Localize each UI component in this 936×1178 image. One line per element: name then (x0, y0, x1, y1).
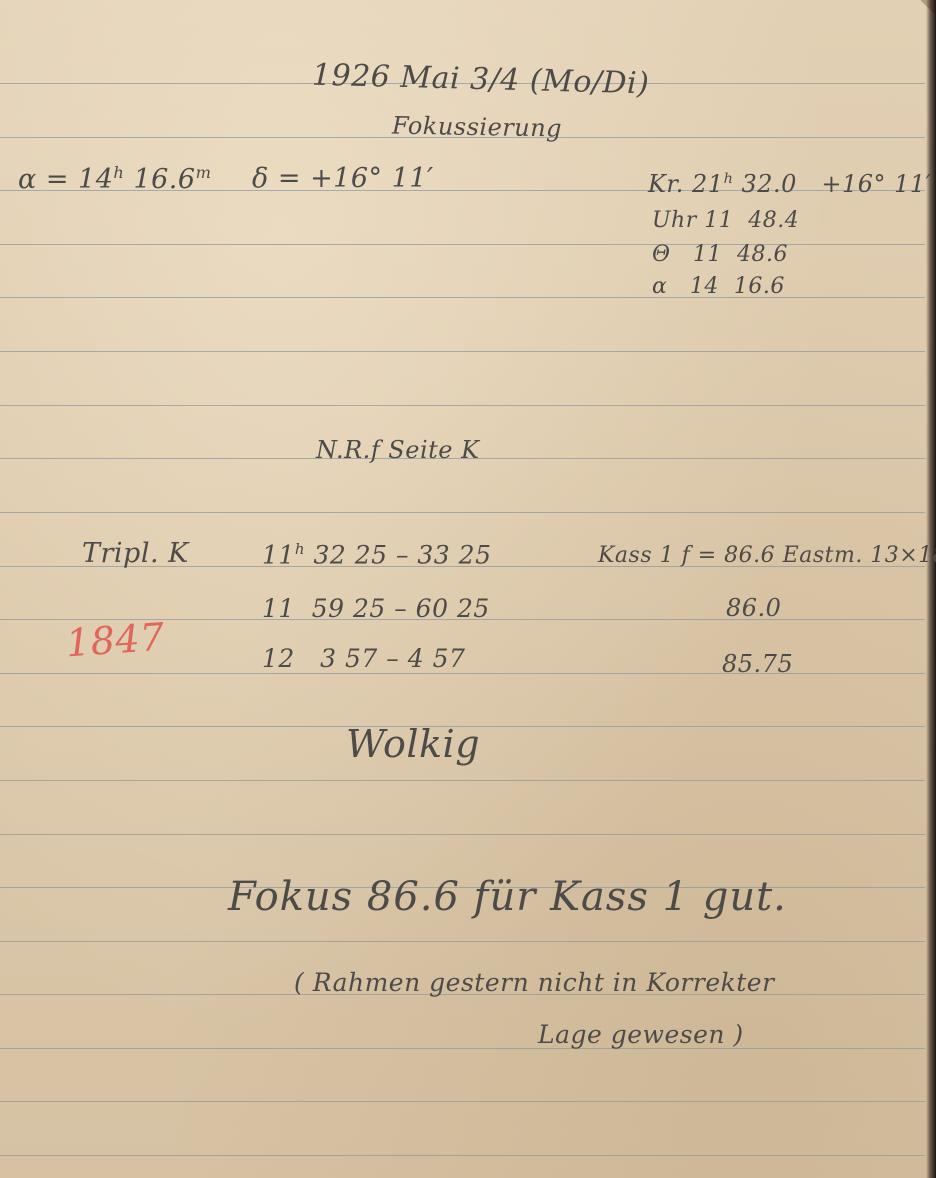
alpha-coordinate: α = 14h 16.6m (18, 163, 211, 195)
ruled-line (0, 512, 925, 513)
observation-note: 85.75 (722, 650, 793, 678)
obs-range: 59 25 – 60 25 (312, 594, 490, 623)
ruled-line (0, 1048, 925, 1049)
delta-label: δ = (252, 163, 301, 194)
row-minutes: 32.0 (742, 170, 797, 198)
row-minutes: 16.6 (734, 274, 785, 299)
row-hours: 14 (690, 274, 719, 299)
alpha-label: α = (18, 164, 69, 195)
side-table-row: α 14 16.6 (652, 274, 785, 299)
side-table-row: Kr. 21h 32.0 +16° 11′ (648, 170, 932, 198)
focus-conclusion: Fokus 86.6 für Kass 1 gut. (228, 874, 787, 920)
observation-note: Kass 1 f = 86.6 Eastm. 13×18 (598, 543, 936, 568)
alpha-hours: 14 (78, 164, 113, 195)
obs-hour: 11 (262, 594, 295, 623)
ruled-line (0, 1155, 925, 1156)
row-hours: 11 (704, 208, 733, 233)
ruled-line (0, 1101, 925, 1102)
row-label: Kr. (648, 170, 684, 198)
row-label: α (652, 274, 667, 299)
obs-hour: 12 (262, 644, 295, 673)
side-table-row: Θ 11 48.6 (652, 242, 788, 267)
header-title: Fokussierung (392, 112, 563, 143)
row-label: Uhr (652, 208, 697, 233)
row-hours-unit: h (724, 171, 734, 187)
ruled-line (0, 351, 925, 352)
observation-row: 11h 32 25 – 33 25 (262, 540, 491, 569)
delta-value: +16° 11′ (310, 163, 434, 194)
row-declination: +16° 11′ (821, 170, 931, 198)
observation-label: Tripl. K (82, 538, 189, 569)
ruled-line (0, 834, 925, 835)
obs-range: 3 57 – 4 57 (320, 644, 465, 673)
header-date: 1926 Mai 3/4 (Mo/Di) (312, 58, 650, 102)
row-hours: 11 (693, 242, 722, 267)
row-hours: 21 (692, 170, 724, 198)
side-table-row: Uhr 11 48.4 (652, 208, 799, 233)
observation-row: 11 59 25 – 60 25 (262, 594, 490, 623)
alpha-minutes: 16.6 (133, 164, 195, 195)
frame-note-line1: ( Rahmen gestern nicht in Korrekter (294, 968, 775, 997)
alpha-hours-unit: h (113, 163, 124, 182)
ruled-line (0, 405, 925, 406)
alpha-minutes-unit: m (196, 163, 212, 182)
obs-hour-unit: h (295, 540, 305, 558)
ruled-line (0, 297, 925, 298)
plate-number: 1847 (65, 615, 167, 666)
ruled-line (0, 780, 925, 781)
obs-hour: 11 (262, 540, 295, 569)
ruled-line (0, 941, 925, 942)
notebook-page: 1926 Mai 3/4 (Mo/Di) Fokussierung α = 14… (0, 0, 936, 1178)
frame-note-line2: Lage gewesen ) (538, 1020, 744, 1049)
section-heading: N.R.f Seite K (316, 436, 480, 464)
observation-note: 86.0 (726, 594, 781, 622)
observation-row: 12 3 57 – 4 57 (262, 644, 465, 673)
row-label: Θ (652, 242, 671, 267)
weather-note: Wolkig (346, 722, 480, 766)
row-minutes: 48.4 (748, 208, 799, 233)
delta-coordinate: δ = +16° 11′ (252, 163, 434, 194)
obs-range: 32 25 – 33 25 (313, 540, 491, 569)
row-minutes: 48.6 (737, 242, 788, 267)
